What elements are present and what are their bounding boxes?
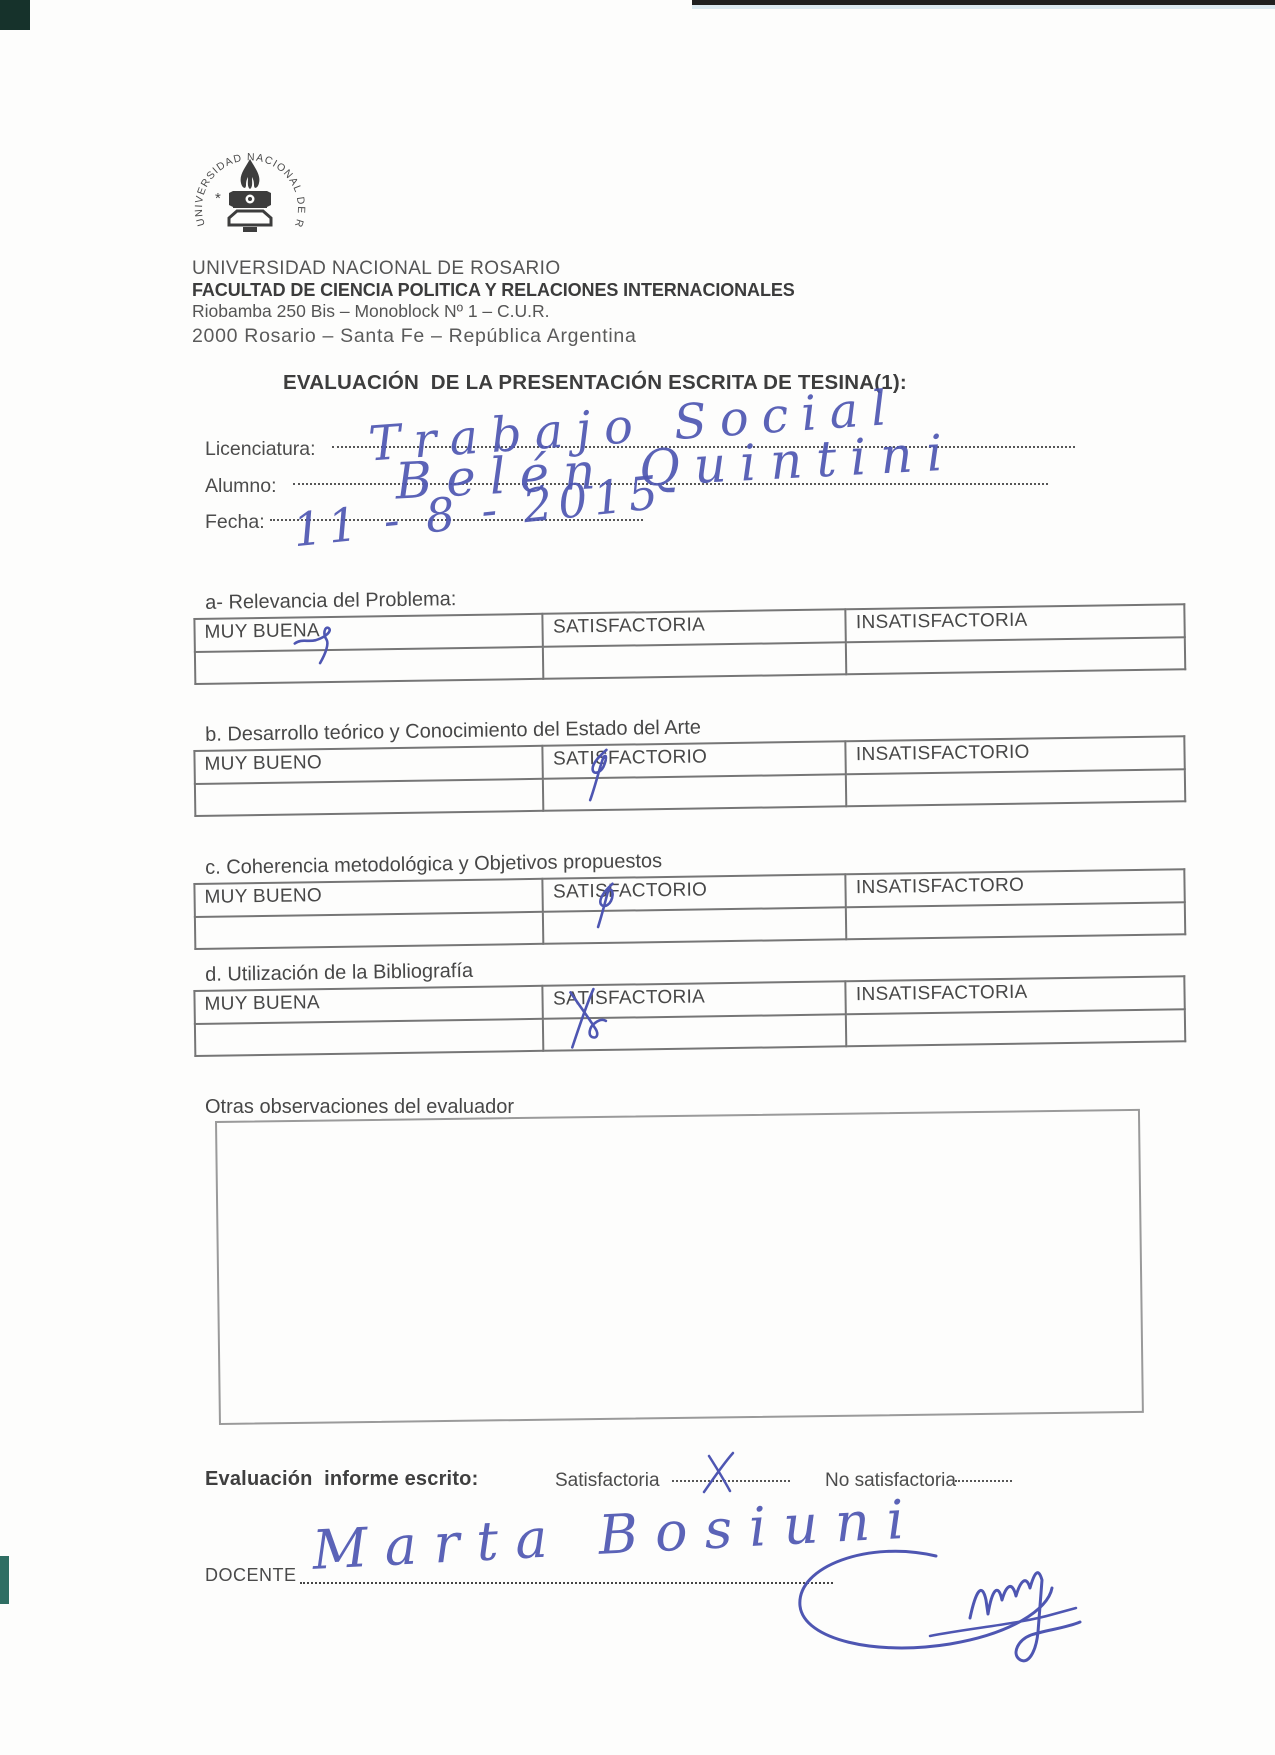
option-cell: MUY BUENA (194, 986, 543, 1024)
dotted-line-docente (300, 1582, 833, 1584)
checkmark-icon (560, 984, 609, 1051)
section-d: d. Utilización de la Bibliografía MUY BU… (193, 949, 1186, 1057)
answer-cell (195, 779, 544, 816)
address-line-2: 2000 Rosario – Santa Fe – República Arge… (192, 325, 795, 348)
option-cell: INSATISFACTORIA (846, 604, 1185, 642)
dotted-line-no-satisfactoria (955, 1480, 1012, 1482)
checkmark-icon (578, 746, 621, 805)
option-cell: SATISFACTORIA (543, 609, 846, 646)
seal-circular-text: UNIVERSIDAD NACIONAL DE ROSARIO (188, 141, 307, 230)
answer-cell (543, 642, 846, 678)
answer-cell (195, 647, 544, 684)
option-satisfactoria: Satisfactoria (555, 1470, 660, 1492)
seal-star: * (215, 190, 221, 207)
section-d-table: MUY BUENA SATISFACTORIA INSATISFACTORIA (193, 975, 1186, 1057)
svg-text:UNIVERSIDAD NACIONAL DE ROSARI: UNIVERSIDAD NACIONAL DE ROSARIO (188, 141, 307, 230)
docente-label: DOCENTE (205, 1565, 297, 1586)
university-name: UNIVERSIDAD NACIONAL DE ROSARIO (192, 258, 795, 280)
section-c: c. Coherencia metodológica y Objetivos p… (193, 842, 1186, 950)
answer-cell (846, 769, 1185, 806)
signature-icon (778, 1538, 1102, 1676)
option-cell: MUY BUENA (194, 614, 543, 652)
letterhead: UNIVERSIDAD NACIONAL DE ROSARIO FACULTAD… (192, 258, 795, 348)
observations-box (215, 1109, 1144, 1425)
x-mark-icon (700, 1450, 738, 1498)
section-b: b. Desarrollo teórico y Conocimiento del… (193, 709, 1186, 817)
answer-cell (846, 902, 1185, 939)
answer-cell (195, 912, 544, 949)
answer-cell (846, 637, 1185, 674)
answer-cell (195, 1019, 544, 1056)
final-evaluation-label: Evaluación informe escrito: (205, 1468, 478, 1491)
option-cell: MUY BUENO (194, 746, 543, 784)
option-cell: INSATISFACTORO (846, 869, 1185, 907)
answer-cell (846, 1009, 1185, 1046)
section-c-table: MUY BUENO SATISFACTORIO INSATISFACTORO (193, 868, 1186, 950)
option-cell: INSATISFACTORIO (846, 736, 1185, 774)
scan-artifact-corner (0, 0, 30, 30)
faculty-name: FACULTAD DE CIENCIA POLITICA Y RELACIONE… (192, 280, 795, 301)
checkmark-icon (586, 881, 627, 932)
field-label-licenciatura: Licenciatura: (205, 438, 316, 461)
option-cell: MUY BUENO (194, 879, 543, 917)
scanned-document-page: { "colors": { "ink_blue": "#4e56b2", "pr… (0, 0, 1275, 1755)
section-a: a- Relevancia del Problema: MUY BUENA SA… (193, 577, 1186, 685)
scan-artifact-top-edge-tint (692, 5, 1275, 9)
field-label-alumno: Alumno: (205, 475, 277, 498)
section-b-table: MUY BUENO SATISFACTORIO INSATISFACTORIO (193, 735, 1186, 817)
checkmark-icon (291, 622, 352, 669)
observations-label: Otras observaciones del evaluador (205, 1096, 514, 1119)
field-label-fecha: Fecha: (205, 511, 265, 534)
university-seal-icon: UNIVERSIDAD NACIONAL DE ROSARIO * (188, 141, 312, 255)
address-line-1: Riobamba 250 Bis – Monoblock Nº 1 – C.U.… (192, 301, 795, 322)
scan-artifact-left-edge (0, 1556, 9, 1604)
option-cell: INSATISFACTORIA (846, 976, 1185, 1014)
